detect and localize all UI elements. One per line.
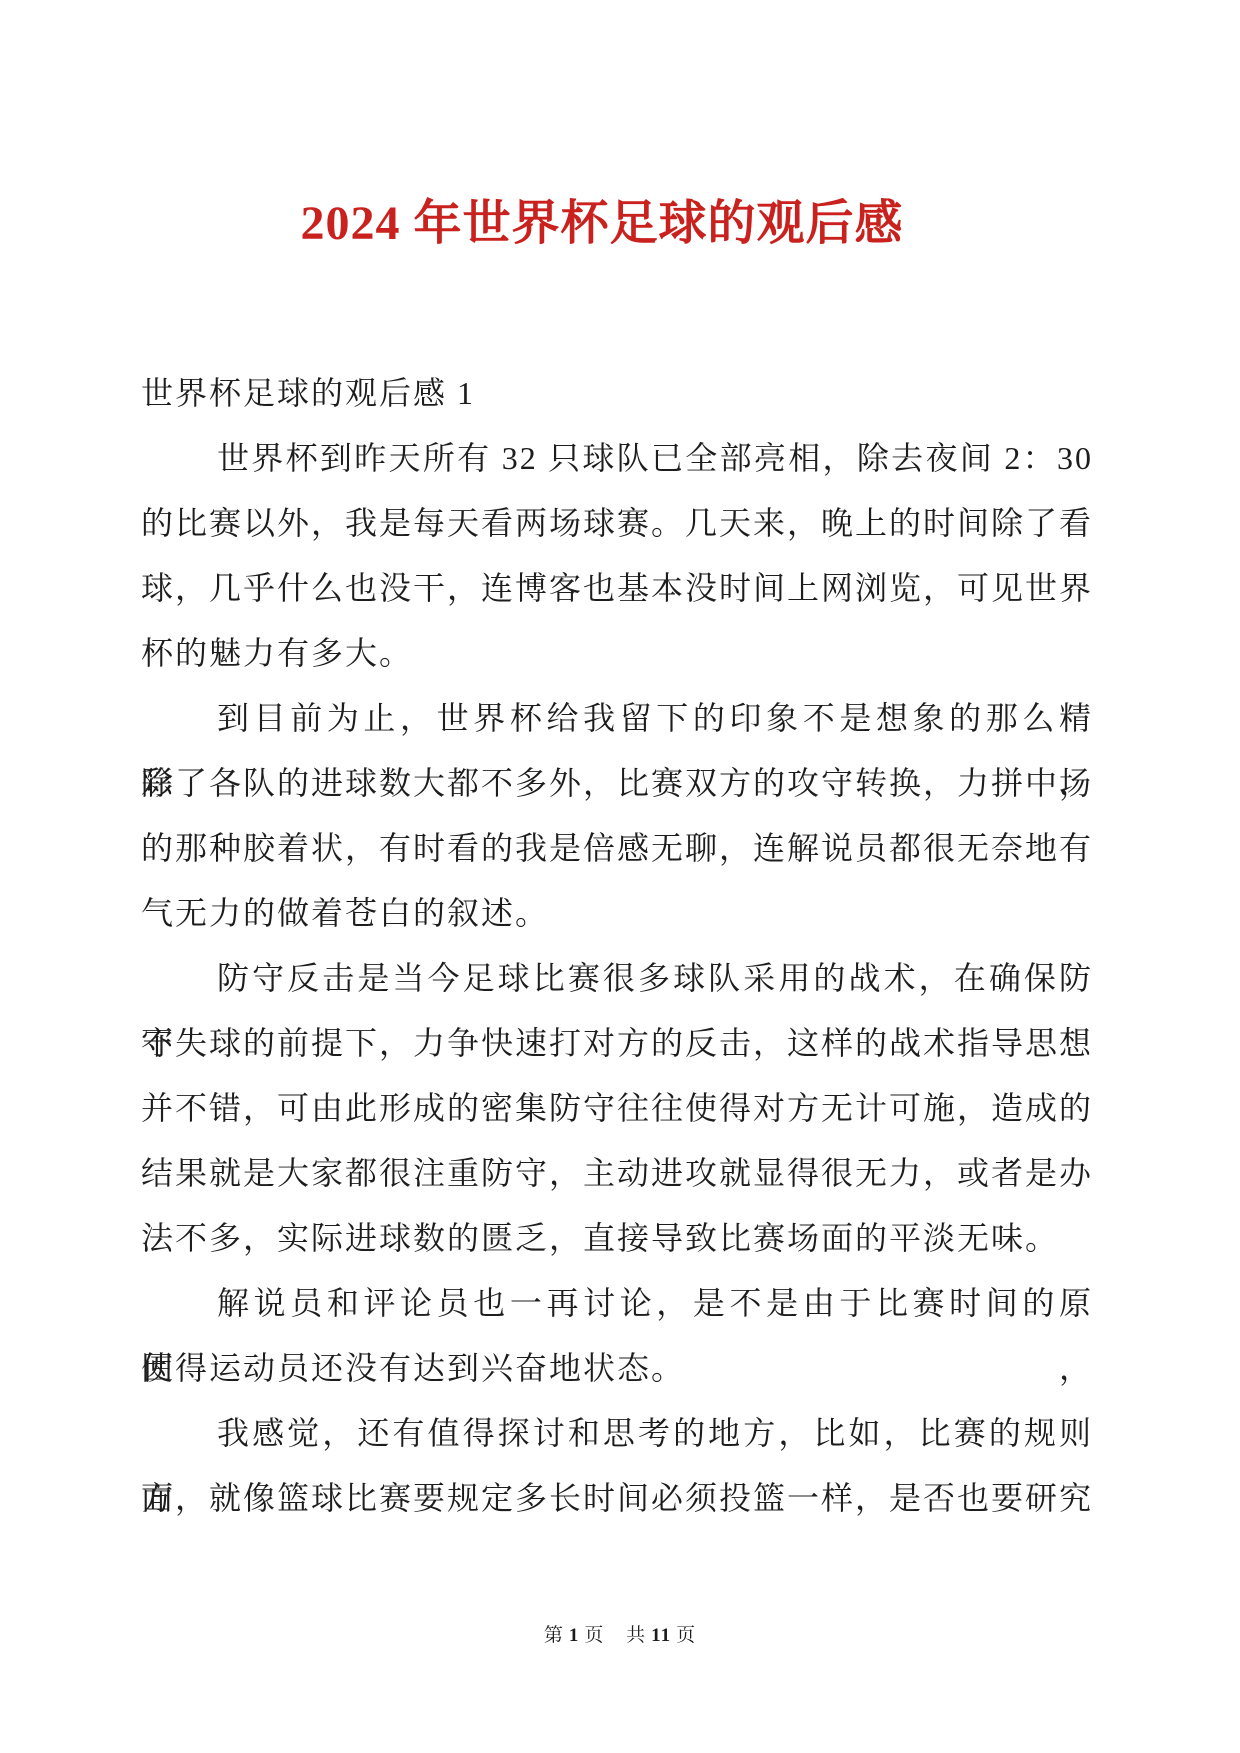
total-label-prefix: 共	[626, 1625, 646, 1646]
total-pages-indicator: 共11页	[626, 1625, 696, 1646]
text-line: 的那种胶着状，有时看的我是倍感无聊，连解说员都很无奈地有	[141, 816, 1093, 881]
text-line: 我感觉，还有值得探讨和思考的地方，比如，比赛的规则方	[141, 1401, 1093, 1466]
total-label-suffix: 页	[676, 1625, 696, 1646]
document-page: 2024 年世界杯足球的观后感 世界杯足球的观后感 1 世界杯到昨天所有 32 …	[0, 0, 1240, 1753]
text-line: 并不错，可由此形成的密集防守往往使得对方无计可施，造成的	[141, 1076, 1093, 1141]
document-body: 世界杯足球的观后感 1 世界杯到昨天所有 32 只球队已全部亮相，除去夜间 2：…	[141, 361, 1093, 1531]
text-line: 到目前为止，世界杯给我留下的印象不是想象的那么精彩，	[141, 686, 1093, 751]
text-line: 面，就像篮球比赛要规定多长时间必须投篮一样，是否也要研究	[141, 1466, 1093, 1531]
text-line: 解说员和评论员也一再讨论，是不是由于比赛时间的原因，	[141, 1271, 1093, 1336]
page-label-suffix: 页	[584, 1625, 604, 1646]
text-line: 结果就是大家都很注重防守，主动进攻就显得很无力，或者是办	[141, 1141, 1093, 1206]
text-line: 球，几乎什么也没干，连博客也基本没时间上网浏览，可见世界	[141, 556, 1093, 621]
current-page-indicator: 第1页	[544, 1625, 610, 1646]
current-page-number: 1	[569, 1625, 580, 1646]
text-line: 除了各队的进球数大都不多外，比赛双方的攻守转换，力拼中场	[141, 751, 1093, 816]
document-title: 2024 年世界杯足球的观后感	[141, 196, 1093, 251]
page-label-prefix: 第	[544, 1625, 564, 1646]
text-line: 杯的魅力有多大。	[141, 621, 1093, 686]
text-line: 防守反击是当今足球比赛很多球队采用的战术，在确保防守	[141, 946, 1093, 1011]
text-line: 的比赛以外，我是每天看两场球赛。几天来，晚上的时间除了看	[141, 491, 1093, 556]
total-pages-number: 11	[651, 1625, 671, 1646]
section-heading: 世界杯足球的观后感 1	[141, 361, 1093, 426]
text-line: 世界杯到昨天所有 32 只球队已全部亮相，除去夜间 2：30	[141, 426, 1093, 491]
text-line: 不失球的前提下，力争快速打对方的反击，这样的战术指导思想	[141, 1011, 1093, 1076]
page-footer: 第1页 共11页	[0, 1622, 1240, 1650]
text-line: 法不多，实际进球数的匮乏，直接导致比赛场面的平淡无味。	[141, 1206, 1093, 1271]
text-line: 气无力的做着苍白的叙述。	[141, 881, 1093, 946]
